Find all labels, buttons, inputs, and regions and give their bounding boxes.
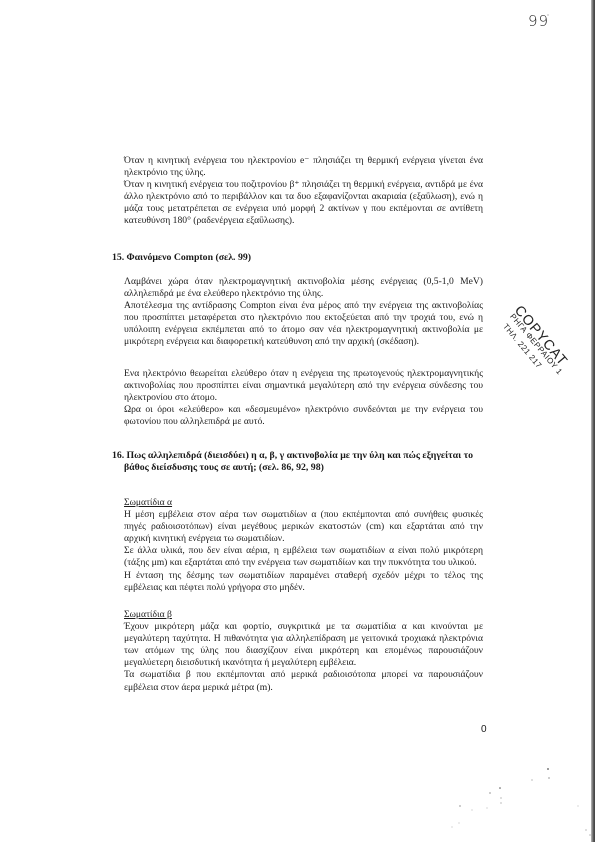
handwritten-page-number: 99: [528, 12, 549, 30]
section-15-block-1: Λαμβάνει χώρα όταν ηλεκτρομαγνητική ακτι…: [124, 276, 483, 349]
beta-paragraph-1: Έχουν μικρότερη μάζα και φορτίο, συγκριτ…: [124, 621, 483, 669]
alpha-paragraph-1: Η μέση εμβέλεια στον αέρα των σωματιδίων…: [124, 509, 483, 545]
scan-edge-border: [591, 0, 595, 842]
intro-paragraph-1: Όταν η κινητική ενέργεια του ηλεκτρονίου…: [124, 155, 483, 179]
section-15-number: 15.: [112, 252, 124, 264]
section-16-title-line-1: Πως αλληλεπιδρά (διεισδύει) η α, β, γ ακ…: [126, 450, 473, 461]
beta-heading: Σωματίδια β: [124, 609, 483, 621]
alpha-paragraph-2: Σε άλλα υλικά, που δεν είναι αέρια, η εμ…: [124, 545, 483, 569]
section-16-heading: 16. Πως αλληλεπιδρά (διεισδύει) η α, β, …: [112, 450, 484, 474]
section-15-title: Φαινόμενο Compton (σελ. 99): [126, 252, 251, 263]
intro-paragraph-2: Όταν η κινητική ενέργεια του ποζιτρονίου…: [124, 179, 483, 227]
compton-paragraph-1: Λαμβάνει χώρα όταν ηλεκτρομαγνητική ακτι…: [124, 276, 483, 300]
beta-paragraph-2: Τα σωματίδια β που εκπέμπονται από μερικ…: [124, 669, 483, 693]
compton-paragraph-3: Ενα ηλεκτρόνιο θεωρείται ελεύθερο όταν η…: [124, 368, 483, 404]
compton-paragraph-2: Αποτέλεσμα της αντίδρασης Compton είναι …: [124, 300, 483, 348]
section-16-number: 16.: [112, 450, 124, 462]
intro-text: Όταν η κινητική ενέργεια του ηλεκτρονίου…: [124, 155, 483, 228]
section-15-block-2: Ενα ηλεκτρόνιο θεωρείται ελεύθερο όταν η…: [124, 368, 483, 428]
alpha-heading: Σωματίδια α: [124, 497, 483, 509]
footer-number: 0: [481, 724, 487, 735]
alpha-particles-section: Σωματίδια α Η μέση εμβέλεια στον αέρα τω…: [124, 497, 483, 594]
copycat-stamp: COPYCAT ΡΗΓΑ ΦΕΡΡΑΙΟΥ 1 ΤΗΛ. 221 217: [506, 300, 595, 390]
section-15-heading: 15. Φαινόμενο Compton (σελ. 99): [112, 252, 484, 264]
alpha-paragraph-3: Η ένταση της δέσμης των σωματιδίων παραμ…: [124, 570, 483, 594]
section-16-title-line-2: βάθος διείσδυσης τους σε αυτή; (σελ. 86,…: [112, 462, 484, 474]
beta-particles-section: Σωματίδια β Έχουν μικρότερη μάζα και φορ…: [124, 609, 483, 694]
compton-paragraph-4: Ωρα οι όροι «ελεύθερο» και «δεσμευμένο» …: [124, 404, 483, 428]
